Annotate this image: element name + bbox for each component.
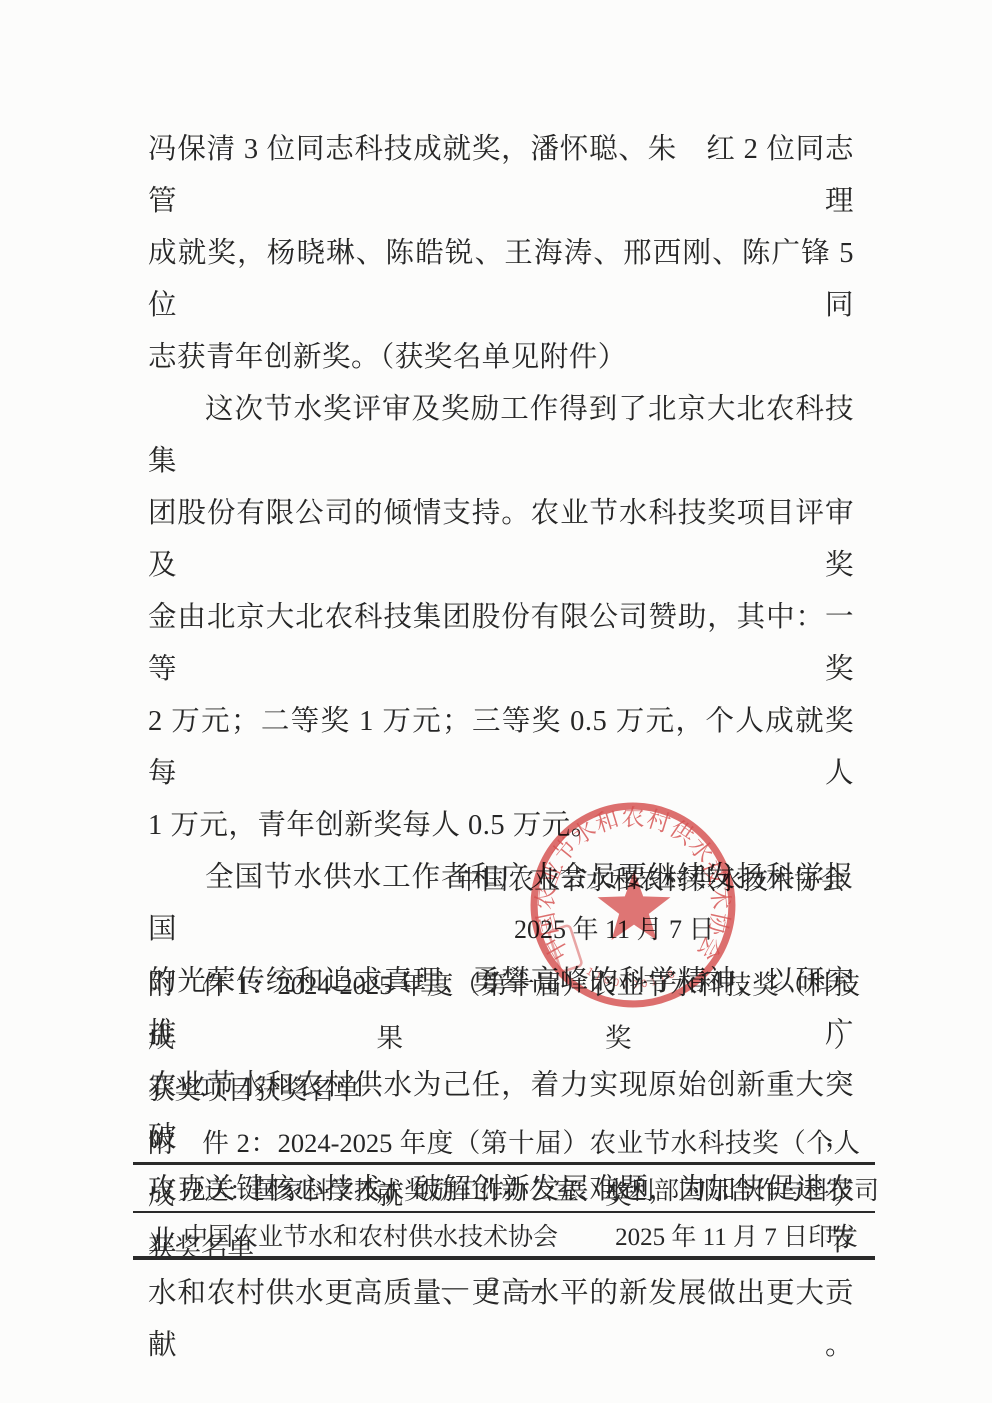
- document-page: 冯保清 3 位同志科技成就奖，潘怀聪、朱 红 2 位同志管理 成就奖，杨晓琳、陈…: [0, 0, 992, 1403]
- body-line: 这次节水奖评审及奖励工作得到了北京大北农科技集: [148, 384, 854, 488]
- attachment-line: 附 件 1：2024-2025 年度（第十届）农业节水科技奖（科技成果奖）: [148, 959, 860, 1064]
- body-line: 成就奖，杨晓琳、陈皓锐、王海涛、邢西刚、陈广锋 5 位同: [148, 228, 854, 332]
- cc-line: 抄送：国家科学技术奖励工作办公室、水利部国际合作与科技司: [133, 1172, 875, 1212]
- body-line: 团股份有限公司的倾情支持。农业节水科技奖项目评审及奖: [148, 488, 854, 592]
- body-line: 冯保清 3 位同志科技成就奖，潘怀聪、朱 红 2 位同志管理: [148, 124, 854, 228]
- signature-organization: 中国农业节水和农村供水技术协会: [456, 860, 846, 897]
- body-line: 1 万元，青年创新奖每人 0.5 万元。: [148, 800, 854, 852]
- page-number: — 2 —: [0, 1272, 992, 1302]
- issuer-line: 中国农业节水和农村供水技术协会 2025 年 11 月 7 日印发: [133, 1218, 875, 1258]
- footer-rule-top: [133, 1162, 875, 1165]
- print-date: 2025 年 11 月 7 日印发: [615, 1218, 858, 1258]
- cc-text: 抄送：国家科学技术奖励工作办公室、水利部国际合作与科技司: [179, 1178, 879, 1205]
- footer-rule-middle: [133, 1211, 875, 1213]
- attachment-line: 获奖项目获奖名单: [148, 1064, 860, 1117]
- body-line: 金由北京大北农科技集团股份有限公司赞助，其中：一等奖: [148, 592, 854, 696]
- body-line: 志获青年创新奖。（获奖名单见附件）: [148, 332, 854, 384]
- body-line: 2 万元；二等奖 1 万元；三等奖 0.5 万元，个人成就奖每人: [148, 696, 854, 800]
- footer-rule-bottom: [133, 1256, 875, 1260]
- issuer-organization: 中国农业节水和农村供水技术协会: [183, 1218, 558, 1258]
- signature-date: 2025 年 11 月 7 日: [514, 909, 715, 946]
